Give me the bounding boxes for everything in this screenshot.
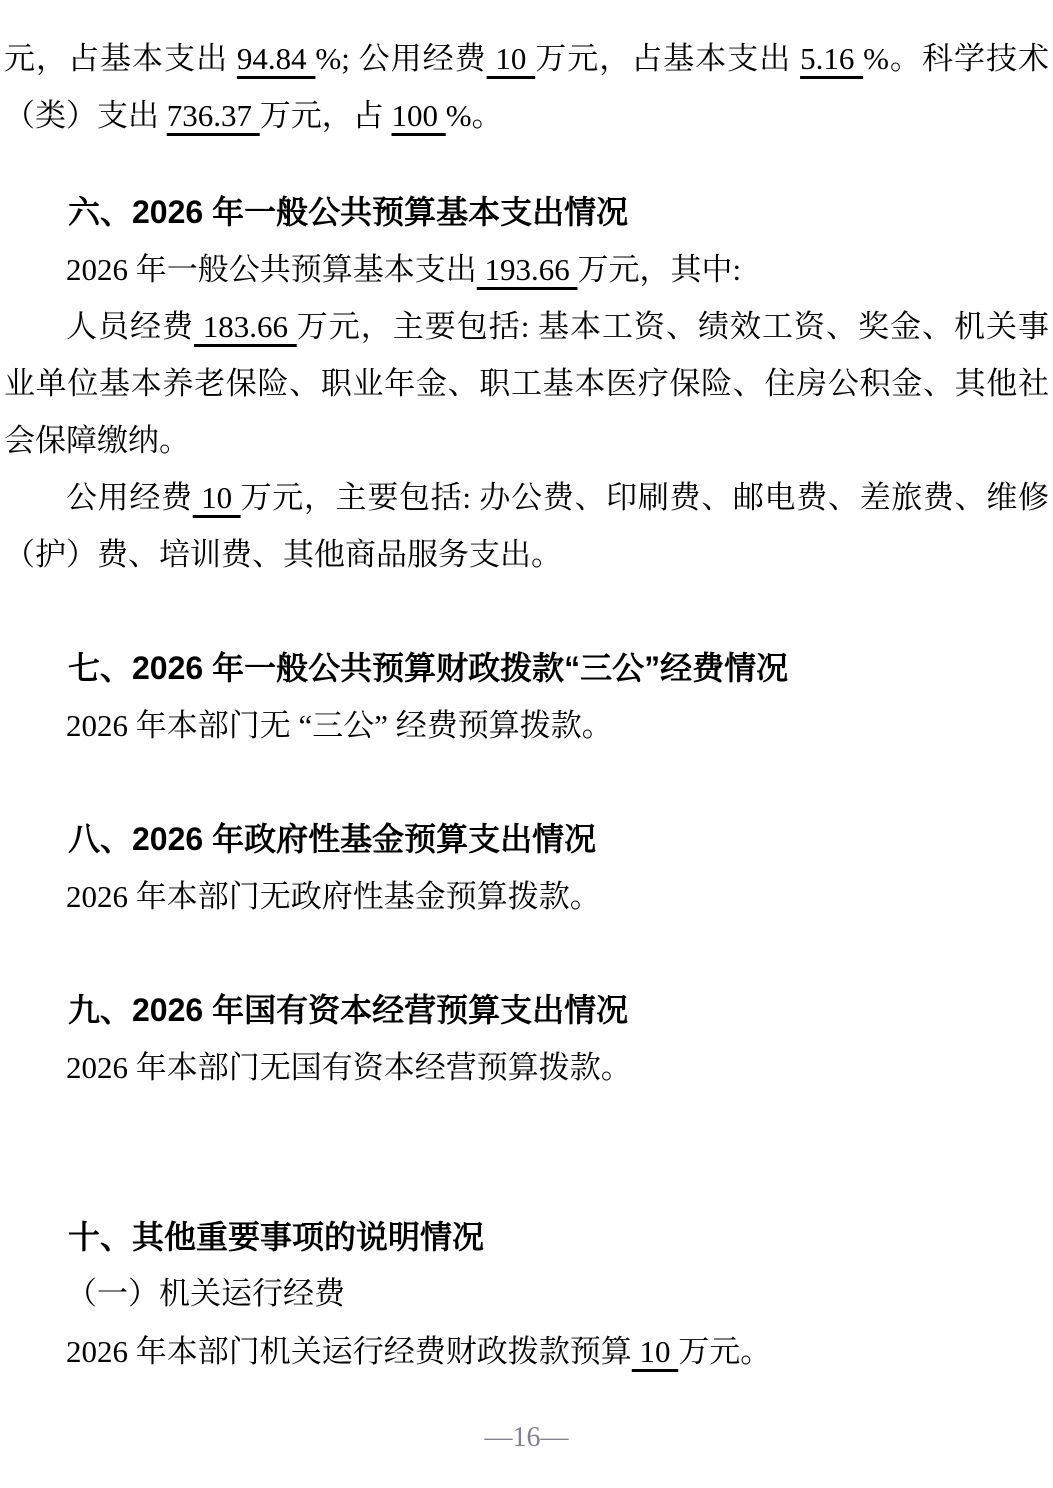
section-7-heading: 七、2026 年一般公共预算财政拨款“三公”经费情况 <box>4 640 1049 697</box>
section-7: 七、2026 年一般公共预算财政拨款“三公”经费情况 2026 年本部门无 “三… <box>4 640 1049 754</box>
section-10: 十、其他重要事项的说明情况 （一）机关运行经费 2026 年本部门机关运行经费财… <box>4 1209 1049 1380</box>
underlined-value: 193.66 <box>477 252 578 287</box>
text-run: 公用经费 <box>66 480 193 515</box>
section-8-paragraph: 2026 年本部门无政府性基金预算拨款。 <box>4 868 1049 925</box>
text-run: %; 公用经费 <box>315 41 486 76</box>
section-10-heading: 十、其他重要事项的说明情况 <box>4 1209 1049 1266</box>
intro-paragraph: 元，占基本支出 94.84 %; 公用经费 10 万元，占基本支出 5.16 %… <box>4 30 1049 144</box>
underlined-value: 10 <box>193 480 241 515</box>
text-run: 人员经费 <box>66 309 194 344</box>
section-6-paragraph-personnel: 人员经费 183.66 万元，主要包括: 基本工资、绩效工资、奖金、机关事业单位… <box>4 298 1049 469</box>
document-page: 元，占基本支出 94.84 %; 公用经费 10 万元，占基本支出 5.16 %… <box>0 0 1053 1488</box>
section-7-paragraph: 2026 年本部门无 “三公” 经费预算拨款。 <box>4 697 1049 754</box>
section-8: 八、2026 年政府性基金预算支出情况 2026 年本部门无政府性基金预算拨款。 <box>4 811 1049 925</box>
underlined-value: 10 <box>632 1334 679 1369</box>
underlined-value: 5.16 <box>800 41 863 76</box>
underlined-value: 94.84 <box>237 41 316 76</box>
text-run: 2026 年本部门无国有资本经营预算拨款。 <box>66 1050 632 1085</box>
text-run: 2026 年本部门无政府性基金预算拨款。 <box>66 879 601 914</box>
section-10-subheading: （一）机关运行经费 <box>4 1266 1049 1323</box>
underlined-value: 100 <box>392 98 446 133</box>
section-6-paragraph-total: 2026 年一般公共预算基本支出 193.66 万元，其中: <box>4 241 1049 298</box>
section-9-heading: 九、2026 年国有资本经营预算支出情况 <box>4 982 1049 1039</box>
text-run: 元，占基本支出 <box>4 41 237 76</box>
text-run: 2026 年一般公共预算基本支出 <box>66 252 477 287</box>
section-6-paragraph-public-funds: 公用经费 10 万元，主要包括: 办公费、印刷费、邮电费、差旅费、维修（护）费、… <box>4 469 1049 583</box>
text-run: 万元，占 <box>260 98 392 133</box>
underlined-value: 736.37 <box>167 98 260 133</box>
text-run: 2026 年本部门机关运行经费财政拨款预算 <box>66 1334 632 1369</box>
section-9: 九、2026 年国有资本经营预算支出情况 2026 年本部门无国有资本经营预算拨… <box>4 982 1049 1096</box>
text-run: %。 <box>446 98 503 133</box>
section-8-heading: 八、2026 年政府性基金预算支出情况 <box>4 811 1049 868</box>
text-run: 万元。 <box>678 1334 771 1369</box>
text-run: 2026 年本部门无 “三公” 经费预算拨款。 <box>66 708 613 743</box>
section-10-paragraph: 2026 年本部门机关运行经费财政拨款预算 10 万元。 <box>4 1323 1049 1380</box>
underlined-value: 10 <box>487 41 536 76</box>
section-9-paragraph: 2026 年本部门无国有资本经营预算拨款。 <box>4 1039 1049 1096</box>
section-6-heading: 六、2026 年一般公共预算基本支出情况 <box>4 184 1049 241</box>
underlined-value: 183.66 <box>194 309 297 344</box>
page-number: —16— <box>4 1409 1049 1466</box>
text-run: 万元，占基本支出 <box>535 41 800 76</box>
section-6: 六、2026 年一般公共预算基本支出情况 2026 年一般公共预算基本支出 19… <box>4 184 1049 583</box>
text-run: 万元，其中: <box>578 252 742 287</box>
